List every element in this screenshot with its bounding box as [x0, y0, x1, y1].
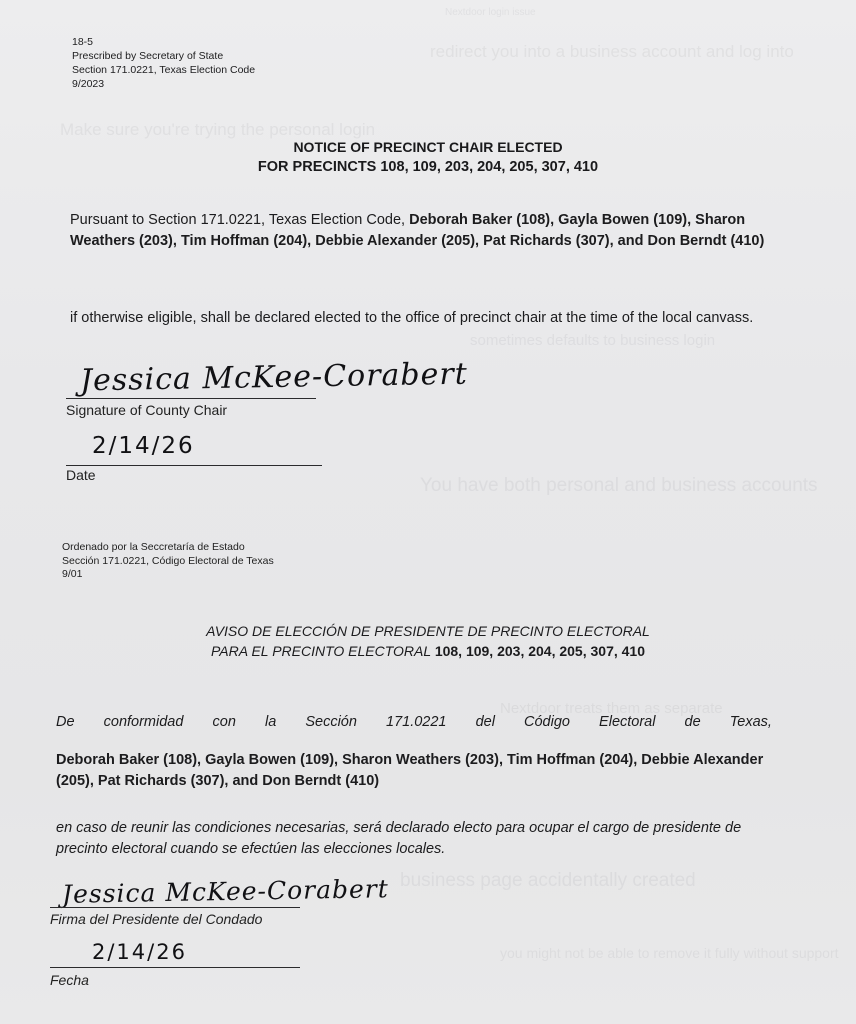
spanish-date-line	[50, 967, 300, 968]
title-line-1: NOTICE OF PRECINCT CHAIR ELECTED	[0, 137, 856, 157]
conformity-word: 171.0221	[386, 712, 446, 733]
signed-date: 2/14/26	[92, 433, 195, 459]
spanish-elected-names: Deborah Baker (108), Gayla Bowen (109), …	[56, 750, 772, 792]
conformity-word: Código	[524, 712, 570, 733]
prescribed-by: Prescribed by Secretary of State	[72, 49, 255, 63]
spanish-signature-label: Firma del Presidente del Condado	[50, 911, 262, 927]
spanish-title-line-2: PARA EL PRECINTO ELECTORAL 108, 109, 203…	[0, 641, 856, 661]
spanish-declaration: en caso de reunir las condiciones necesa…	[56, 818, 796, 860]
spanish-code-section: Sección 171.0221, Código Electoral de Te…	[62, 555, 274, 569]
county-chair-signature: Jessica McKee-Corabert	[80, 357, 468, 399]
conformity-word: la	[265, 712, 276, 733]
spanish-conformity-line: DeconformidadconlaSección171.0221delCódi…	[56, 712, 772, 733]
conformity-word: de	[685, 712, 701, 733]
form-revision: 9/2023	[72, 77, 255, 91]
pursuant-intro: Pursuant to Section 171.0221, Texas Elec…	[70, 212, 409, 228]
pursuant-paragraph: Pursuant to Section 171.0221, Texas Elec…	[70, 210, 770, 252]
document-page: Nextdoor login issue redirect you into a…	[0, 0, 856, 1024]
spanish-signature-line	[50, 907, 300, 908]
spanish-date-label: Fecha	[50, 972, 89, 988]
notice-title: NOTICE OF PRECINCT CHAIR ELECTED FOR PRE…	[0, 137, 856, 177]
bleed-through-text: You have both personal and business acco…	[420, 475, 818, 497]
signature-label: Signature of County Chair	[66, 402, 227, 418]
date-line	[66, 465, 322, 466]
conformity-word: Sección	[305, 712, 357, 733]
bleed-through-text: business page accidentally created	[400, 870, 696, 892]
conformity-word: Texas,	[730, 712, 772, 733]
date-label: Date	[66, 467, 96, 483]
conformity-word: conformidad	[104, 712, 184, 733]
bleed-through-text: sometimes defaults to business login	[470, 332, 715, 349]
spanish-county-chair-signature: Jessica McKee-Corabert	[62, 874, 389, 909]
conformity-word: Electoral	[599, 712, 655, 733]
conformity-word: De	[56, 712, 75, 733]
spanish-ordered-by: Ordenado por la Seccretaría de Estado	[62, 541, 274, 555]
declaration-paragraph: if otherwise eligible, shall be declared…	[70, 308, 770, 329]
title-line-2: FOR PRECINCTS 108, 109, 203, 204, 205, 3…	[0, 157, 856, 177]
spanish-form-header: Ordenado por la Seccretaría de Estado Se…	[62, 541, 274, 582]
bleed-through-text: you might not be able to remove it fully…	[500, 945, 839, 961]
spanish-signed-date: 2/14/26	[92, 940, 187, 964]
bleed-through-text: redirect you into a business account and…	[430, 42, 794, 62]
spanish-title-prefix: PARA EL PRECINTO ELECTORAL	[211, 643, 435, 659]
form-number: 18-5	[72, 35, 255, 49]
code-section: Section 171.0221, Texas Election Code	[72, 63, 255, 77]
signature-line	[66, 398, 316, 399]
spanish-revision: 9/01	[62, 568, 274, 582]
spanish-title-line-1: AVISO DE ELECCIÓN DE PRESIDENTE DE PRECI…	[0, 621, 856, 641]
form-header: 18-5 Prescribed by Secretary of State Se…	[72, 35, 255, 91]
bleed-through-text: Nextdoor login issue	[445, 7, 536, 18]
spanish-notice-title: AVISO DE ELECCIÓN DE PRESIDENTE DE PRECI…	[0, 621, 856, 661]
conformity-word: con	[213, 712, 236, 733]
conformity-word: del	[476, 712, 495, 733]
spanish-title-numbers: 108, 109, 203, 204, 205, 307, 410	[435, 643, 645, 659]
